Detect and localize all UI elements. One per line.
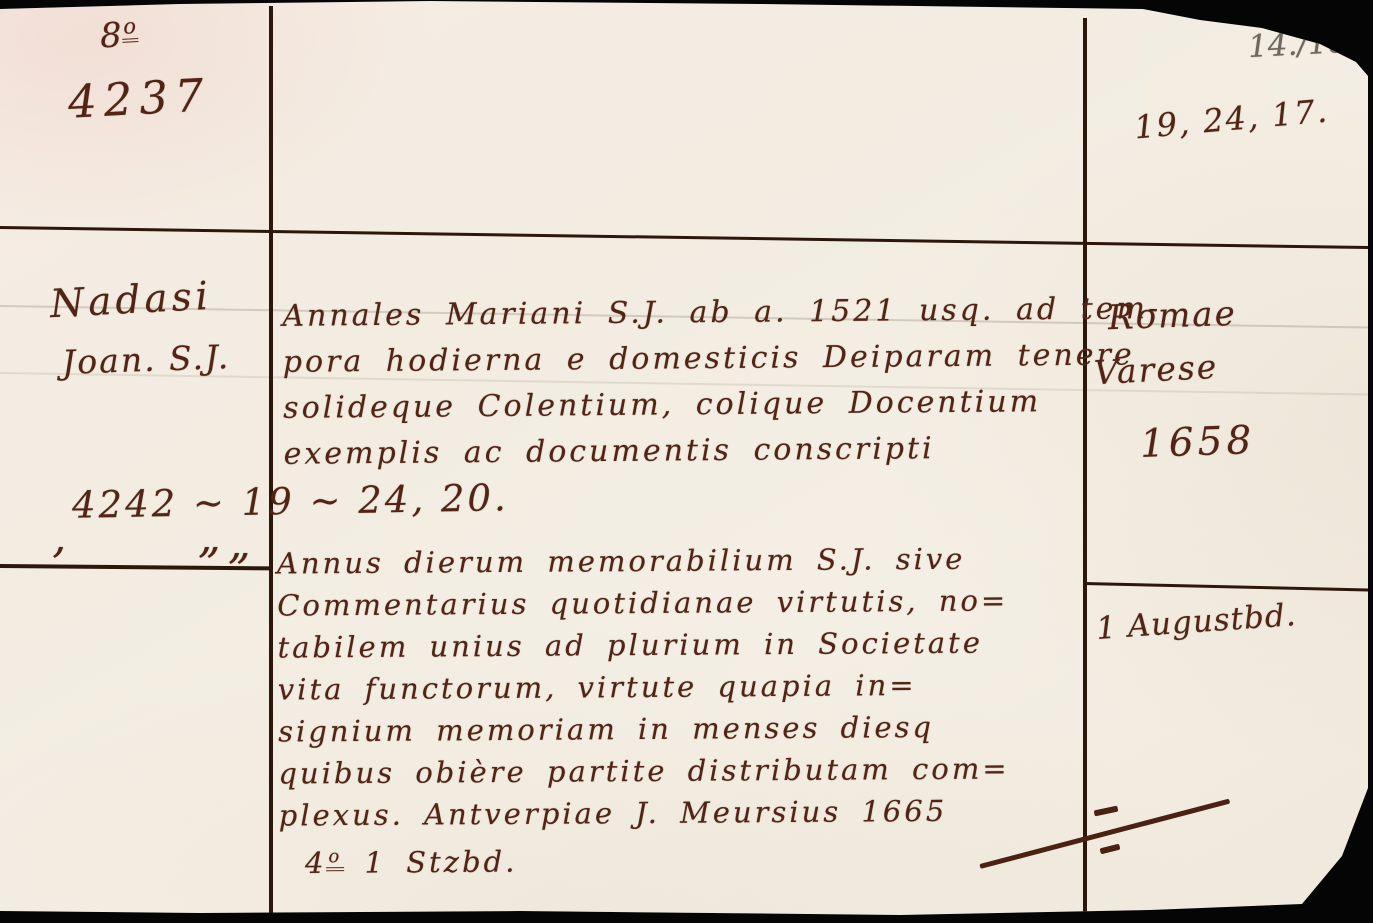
imprint-place: Romae xyxy=(1107,294,1237,338)
column-divider-left xyxy=(269,6,273,916)
scanned-catalog-card: 8o 4237 14./160 19, 24, 17. Nadasi Joan.… xyxy=(0,0,1373,923)
author-name: Nadasi xyxy=(49,274,213,327)
size-binding-text: 1 Stzbd. xyxy=(344,845,517,880)
reference-numbers: 19, 24, 17. xyxy=(1133,92,1331,147)
imprint-year: 1658 xyxy=(1139,418,1256,467)
pencil-folio-number: 14./160 xyxy=(1247,23,1368,65)
format-mark-superscript: o xyxy=(121,13,139,43)
entry1-title-block: Annales Mariani S.J. ab a. 1521 usq. ad … xyxy=(282,286,1162,478)
ent2-title-line-3: tabilem unius ad plurium in Societate xyxy=(277,621,1008,668)
entry1-title-line-1: Annales Mariani S.J. ab a. 1521 usq. ad … xyxy=(282,286,1161,340)
entry2-title-line-4: vita functorum, virtute quapia in= xyxy=(278,663,1009,710)
catalog-number: 4237 xyxy=(67,68,212,128)
entry2-title-line-2: Commentarius quotidianae virtutis, no= xyxy=(277,579,1008,626)
checkoff-dash-lower xyxy=(1100,844,1121,855)
entry2-title-line-1: Annus dierum memorabilium S.J. sive xyxy=(277,537,1008,584)
ditto-mark-3: „ xyxy=(228,518,251,569)
entry1-title-line-4: exemplis ac documentis conscripti xyxy=(283,424,1162,478)
entry2-size-line: 4o 1 Stzbd. xyxy=(305,831,1010,884)
binding-note: 1 Augustbd. xyxy=(1095,597,1298,647)
entry1-title-line-3: solideque Colentium, colique Docentium xyxy=(283,378,1162,432)
imprint-publisher: Varese xyxy=(1093,347,1219,392)
author-name-secondary: Joan. S.J. xyxy=(61,337,230,382)
ditto-mark-1: ‚ xyxy=(52,512,66,563)
entry2-number-line: 4242 ~ 19 ~ 24, 20. xyxy=(72,476,509,527)
entry1-title-line-2: pora hodierna e domesticis Deiparam tene… xyxy=(283,332,1162,386)
size-format-superscript: o xyxy=(326,846,344,871)
size-format-base: 4 xyxy=(305,846,327,880)
entry2-title-line-5: signium memoriam in menses diesq xyxy=(278,705,1009,752)
format-mark-base: 8 xyxy=(99,15,123,56)
catalog-card-paper: 8o 4237 14./160 19, 24, 17. Nadasi Joan.… xyxy=(0,0,1373,923)
ditto-mark-2: „ xyxy=(198,512,221,563)
entry2-title-line-6: quibus obière partite distributam com= xyxy=(278,747,1009,794)
checkoff-dash-upper xyxy=(1094,806,1119,817)
entry2-title-line-7: plexus. Antverpiae J. Meursius 1665 xyxy=(279,789,1010,836)
format-mark: 8o xyxy=(99,13,139,56)
entry2-title-block: Annus dierum memorabilium S.J. sive Comm… xyxy=(277,537,1011,884)
header-row-rule xyxy=(0,226,1373,249)
right-column-middle-rule xyxy=(1084,582,1373,592)
